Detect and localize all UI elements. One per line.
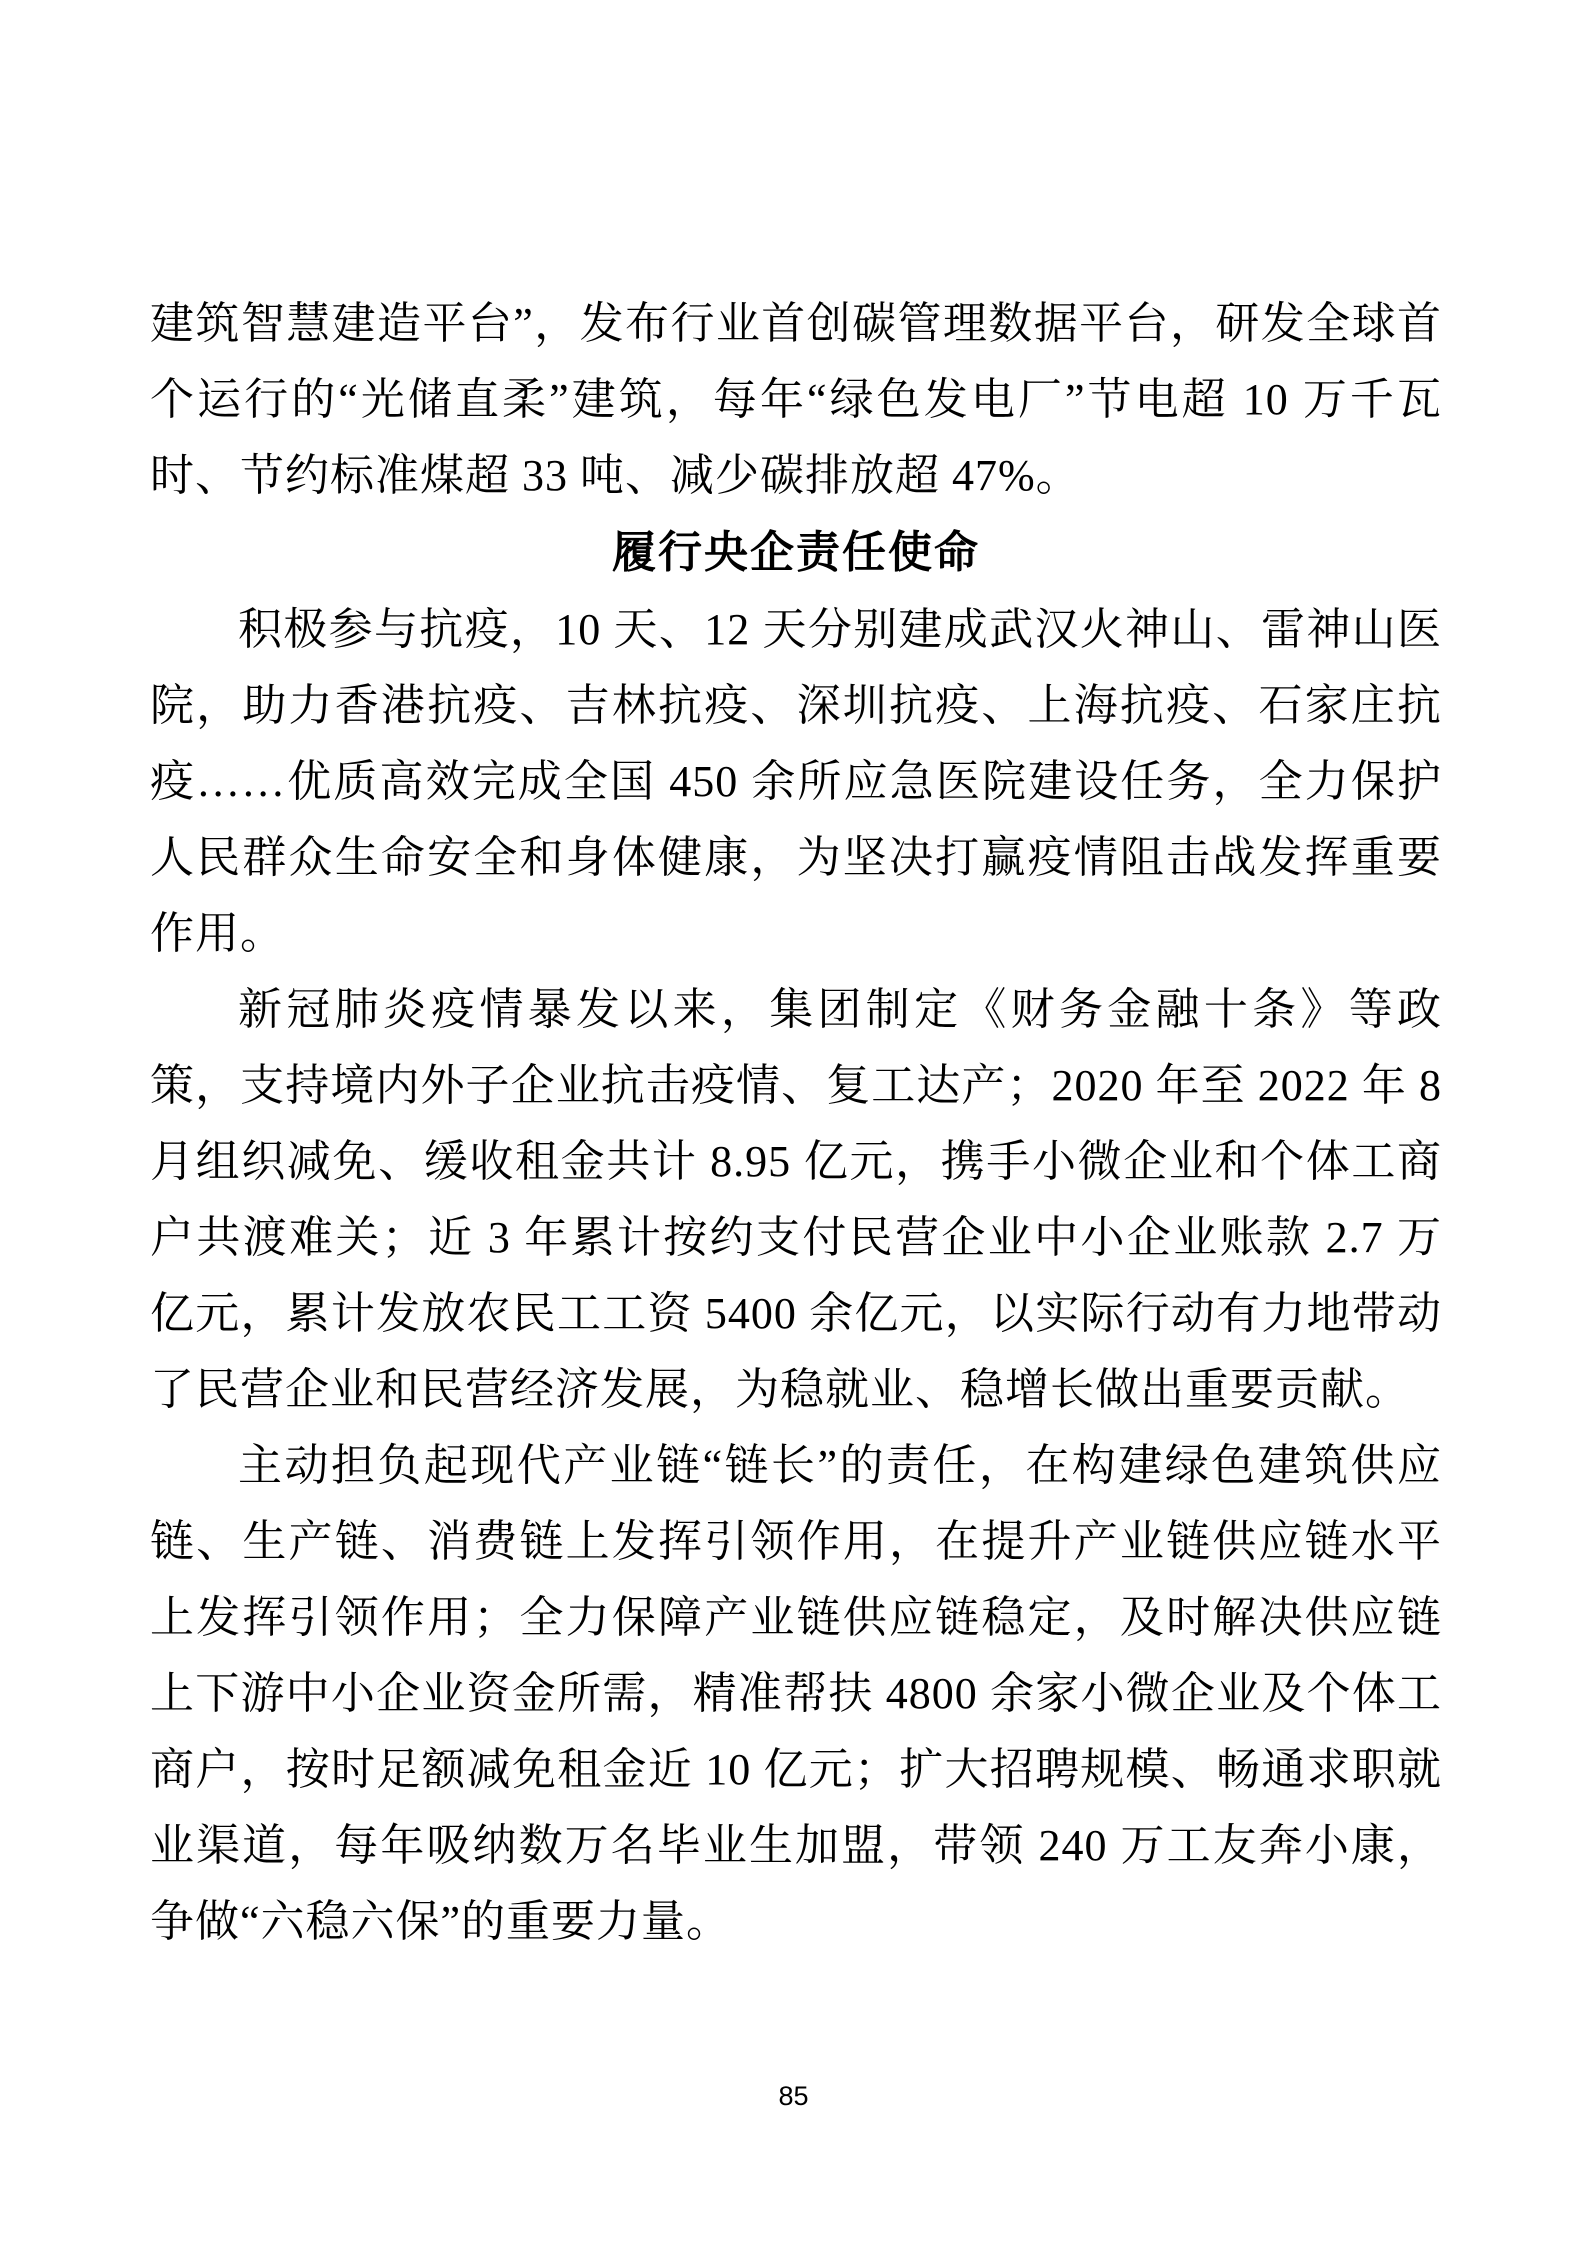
paragraph: 积极参与抗疫，10 天、12 天分别建成武汉火神山、雷神山医院，助力香港抗疫、吉… [150, 592, 1442, 972]
document-page: 建筑智慧建造平台”，发布行业首创碳管理数据平台，研发全球首个运行的“光储直柔”建… [0, 0, 1587, 2245]
document-content: 建筑智慧建造平台”，发布行业首创碳管理数据平台，研发全球首个运行的“光储直柔”建… [150, 286, 1442, 1960]
section-heading: 履行央企责任使命 [150, 514, 1442, 592]
paragraph: 新冠肺炎疫情暴发以来，集团制定《财务金融十条》等政策，支持境内外子企业抗击疫情、… [150, 972, 1442, 1428]
paragraph: 主动担负起现代产业链“链长”的责任，在构建绿色建筑供应链、生产链、消费链上发挥引… [150, 1428, 1442, 1960]
paragraph-continuation: 建筑智慧建造平台”，发布行业首创碳管理数据平台，研发全球首个运行的“光储直柔”建… [150, 286, 1442, 514]
page-number: 85 [0, 2080, 1587, 2112]
